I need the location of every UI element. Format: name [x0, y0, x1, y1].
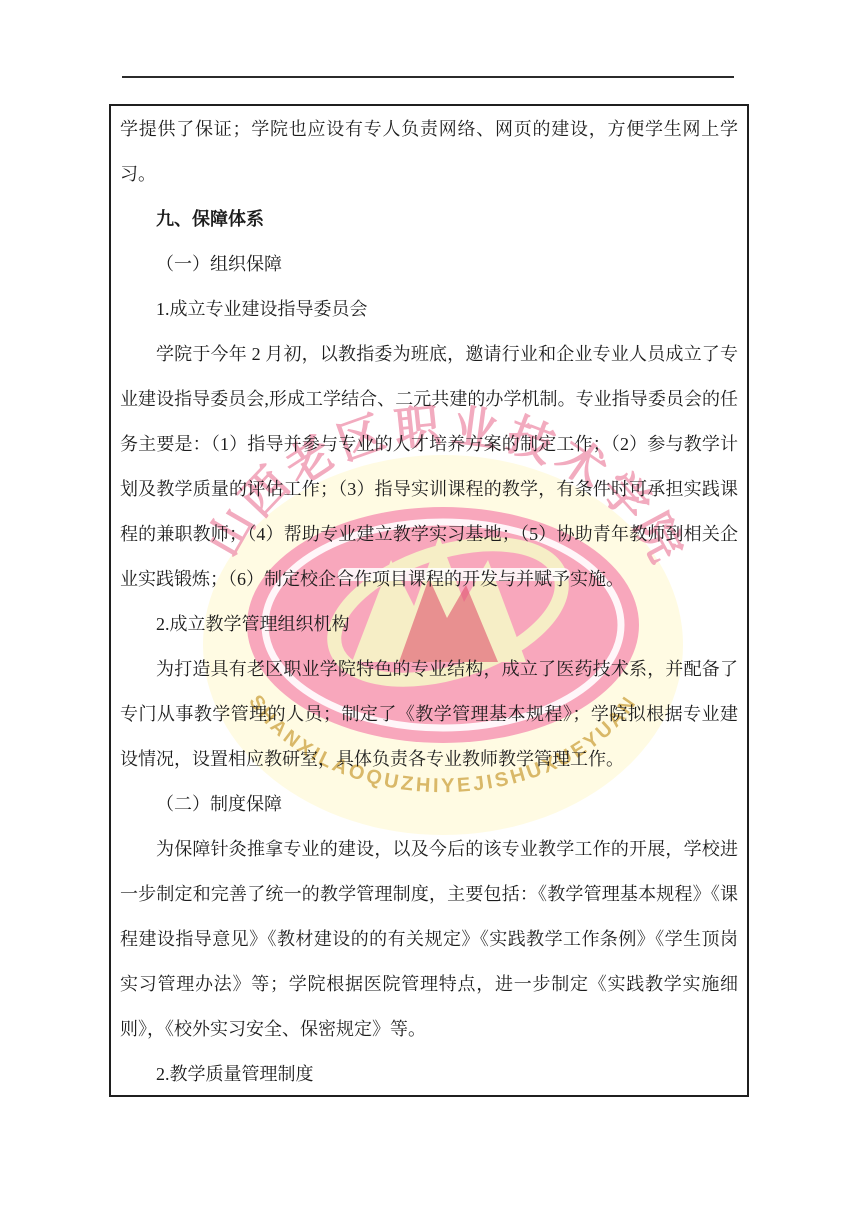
- subheading-system-guarantee: （二）制度保障: [120, 782, 738, 827]
- paragraph-teaching-management-org: 为打造具有老区职业学院特色的专业结构，成立了医药技术系，并配备了专门从事教学管理…: [120, 647, 738, 782]
- document-page: 山 西 老 区 职 业 技 术 学 院 SHANXILAOQUZHIYEJISH…: [0, 0, 860, 1217]
- paragraph-steering-committee: 学院于今年 2 月初，以教指委为班底，邀请行业和企业专业人员成立了专业建设指导委…: [120, 332, 738, 602]
- subheading-teaching-management-org: 2.成立教学管理组织机构: [120, 602, 738, 647]
- subheading-steering-committee: 1.成立专业建设指导委员会: [120, 287, 738, 332]
- subheading-teaching-quality-system: 2.教学质量管理制度: [120, 1052, 738, 1097]
- header-rule: [122, 76, 734, 78]
- section-heading-guarantee-system: 九、保障体系: [120, 197, 738, 242]
- subheading-organization-guarantee: （一）组织保障: [120, 242, 738, 287]
- paragraph-system-guarantee: 为保障针灸推拿专业的建设，以及今后的该专业教学工作的开展，学校进一步制定和完善了…: [120, 827, 738, 1052]
- content-table-cell: 学提供了保证；学院也应设有专人负责网络、网页的建设，方便学生网上学习。 九、保障…: [109, 104, 749, 1097]
- paragraph-continuation: 学提供了保证；学院也应设有专人负责网络、网页的建设，方便学生网上学习。: [120, 107, 738, 197]
